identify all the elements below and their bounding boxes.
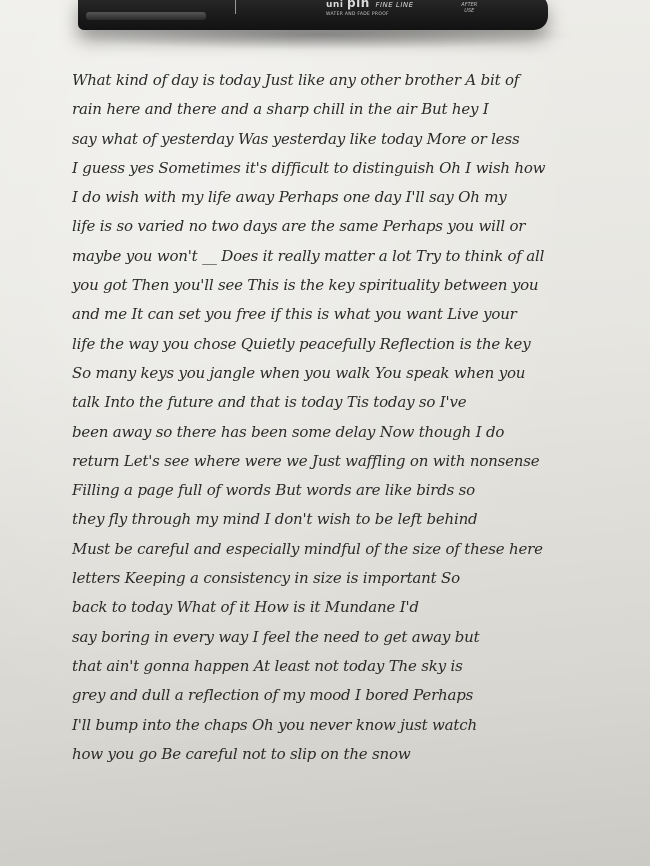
pen-marking <box>235 0 236 14</box>
pen-recap-note: RECAP AFTER USE <box>461 0 478 14</box>
text-line: say boring in every way I feel the need … <box>72 623 552 652</box>
text-line: return Let's see where were we Just waff… <box>72 447 552 476</box>
text-line: how you go Be careful not to slip on the… <box>72 740 552 769</box>
text-line: they fly through my mind I don't wish to… <box>72 505 552 534</box>
text-line: Filling a page full of words But words a… <box>72 476 552 505</box>
text-line: life the way you chose Quietly peacefull… <box>72 330 552 359</box>
text-line: I do wish with my life away Perhaps one … <box>72 183 552 212</box>
pen: uni pin FINE LINE WATER AND FADE PROOF R… <box>78 0 548 30</box>
text-line: letters Keeping a consistency in size is… <box>72 564 552 593</box>
pen-clip <box>86 12 206 20</box>
text-line: I'll bump into the chaps Oh you never kn… <box>72 711 552 740</box>
text-line: maybe you won't __ Does it really matter… <box>72 242 552 271</box>
text-line: What kind of day is today Just like any … <box>72 66 552 95</box>
text-line: grey and dull a reflection of my mood I … <box>72 681 552 710</box>
text-line: that ain't gonna happen At least not tod… <box>72 652 552 681</box>
pen-brand-label: uni pin FINE LINE <box>326 0 414 10</box>
text-line: you got Then you'll see This is the key … <box>72 271 552 300</box>
handwritten-text: What kind of day is today Just like any … <box>72 66 552 769</box>
text-line: say what of yesterday Was yesterday like… <box>72 125 552 154</box>
text-line: rain here and there and a sharp chill in… <box>72 95 552 124</box>
text-line: and me It can set you free if this is wh… <box>72 300 552 329</box>
text-line: Must be careful and especially mindful o… <box>72 535 552 564</box>
pen-model: pin <box>347 0 370 10</box>
pen-line-type: FINE LINE <box>375 1 413 9</box>
pen-brand: uni <box>326 0 343 10</box>
text-line: talk Into the future and that is today T… <box>72 388 552 417</box>
text-line: I guess yes Sometimes it's difficult to … <box>72 154 552 183</box>
text-line: been away so there has been some delay N… <box>72 418 552 447</box>
pen-tagline: WATER AND FADE PROOF <box>326 12 389 17</box>
text-line: So many keys you jangle when you walk Yo… <box>72 359 552 388</box>
text-line: back to today What of it How is it Munda… <box>72 593 552 622</box>
text-line: life is so varied no two days are the sa… <box>72 212 552 241</box>
